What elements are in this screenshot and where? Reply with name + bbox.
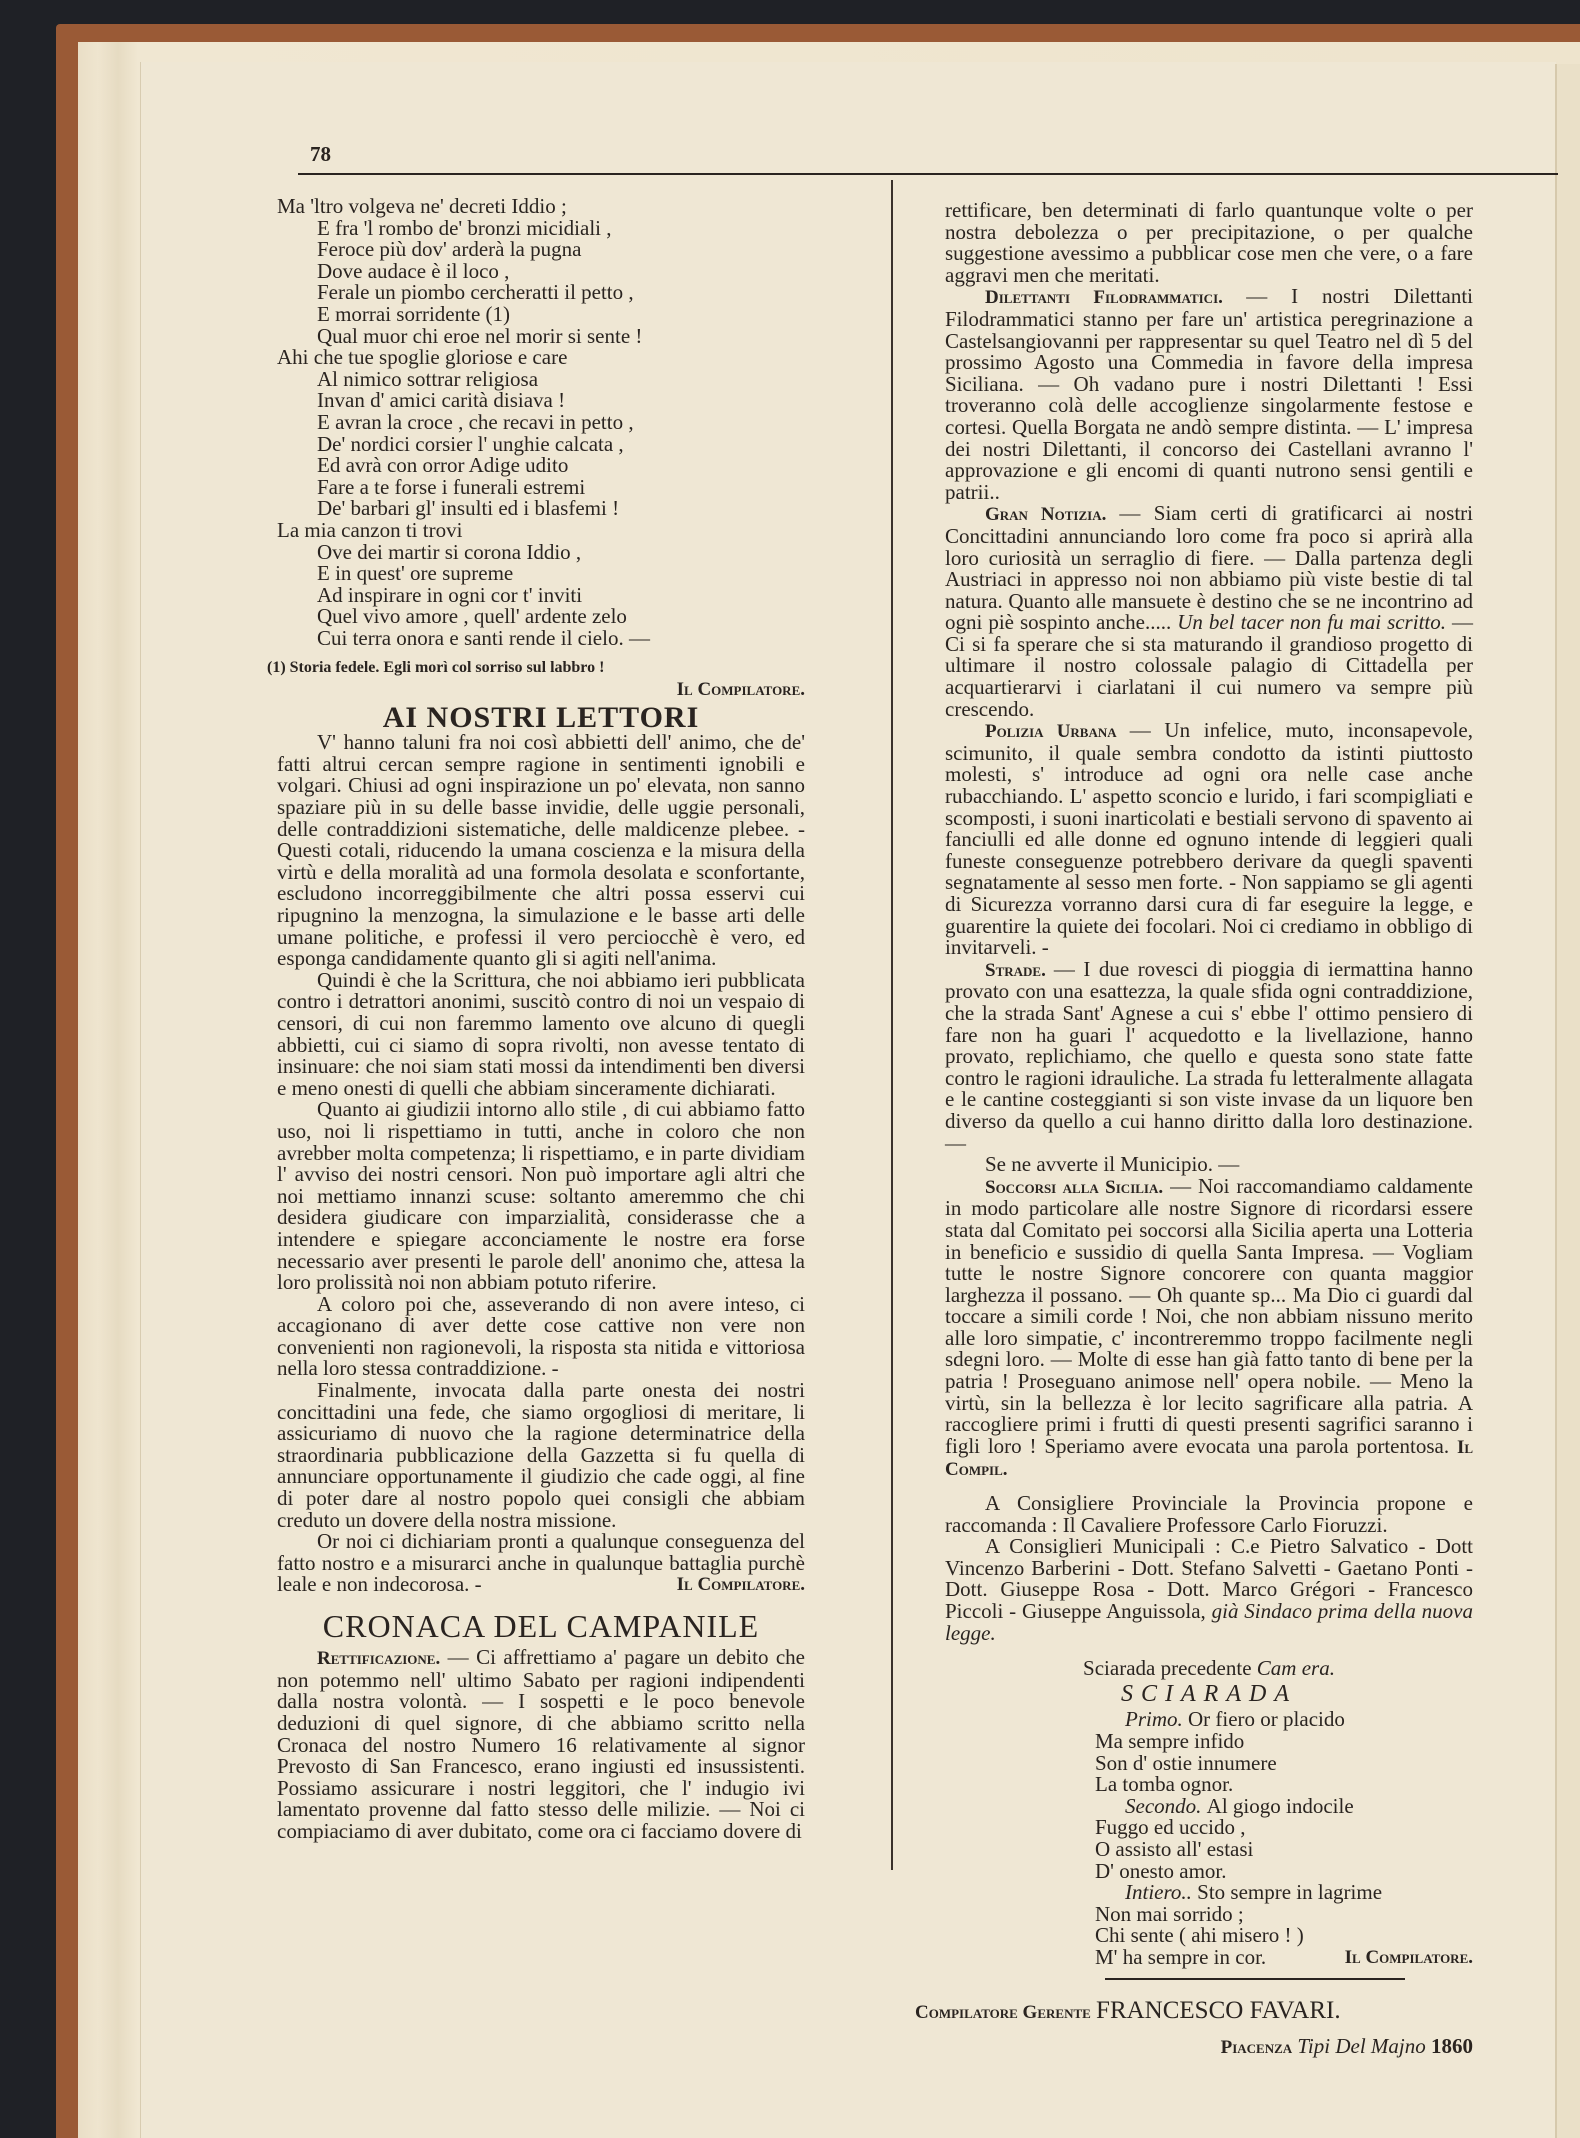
sciarada-text: M' ha sempre in cor. (1095, 1945, 1266, 1969)
rettificazione-paragraph: Rettificazione. — Ci affrettiamo a' paga… (277, 1647, 805, 1842)
sciarada-previous: Sciarada precedente Cam era. (945, 1658, 1473, 1680)
sciarada-text: Or fiero or placido (1188, 1707, 1345, 1731)
poem-line: Qual muor chi eroe nel morir si sente ! (277, 326, 805, 348)
poem-line: E avran la croce , che recavi in petto , (277, 412, 805, 434)
sciarada-text: La tomba ognor. (1095, 1772, 1233, 1796)
poem-line: Feroce più dov' arderà la pugna (277, 239, 805, 261)
poem-line: De' nordici corsier l' unghie calcata , (277, 434, 805, 456)
consiglieri-municipali: A Consiglieri Municipali : C.e Pietro Sa… (945, 1536, 1473, 1644)
sciarada-label: Primo. (1125, 1707, 1188, 1731)
column-divider (891, 180, 893, 1870)
poem-line: Dove audace è il loco , (277, 261, 805, 283)
news-item-label: Gran Notizia. (985, 504, 1119, 525)
sciarada-line: Non mai sorrido ; (1095, 1904, 1473, 1926)
sciarada-line: La tomba ognor. (1095, 1774, 1473, 1796)
left-column: Ma 'ltro volgeva ne' decreti Iddio ;E fr… (277, 196, 805, 1843)
soccorsi-paragraph: Soccorsi alla Sicilia. — Noi raccomandia… (945, 1176, 1473, 1481)
article-paragraph: Finalmente, invocata dalla parte onesta … (277, 1380, 805, 1531)
news-item: Dilettanti Filodrammatici. — I nostri Di… (945, 286, 1473, 503)
news-item-text: — I nostri Dilettanti Filodrammatici sta… (945, 284, 1473, 503)
poem-line: Fare a te forse i funerali estremi (277, 477, 805, 499)
printer-name: Tipi Del Majno (1297, 2034, 1425, 2058)
soccorsi-label: Soccorsi alla Sicilia. (985, 1177, 1163, 1198)
article-paragraph: V' hanno taluni fra noi così abbietti de… (277, 732, 805, 970)
news-item-italic: Un bel tacer non fu mai scritto. (1177, 610, 1452, 634)
imprint: Compilatore Gerente FRANCESCO FAVARI. (915, 2000, 1473, 2024)
sciarada-line: D' onesto amor. (1095, 1861, 1473, 1883)
news-item-text: — I due rovesci di pioggia di iermattina… (945, 957, 1473, 1155)
poem-line: De' barbari gl' insulti ed i blasfemi ! (277, 498, 805, 520)
header-rule (298, 173, 1558, 175)
printer-year: 1860 (1431, 2034, 1473, 2058)
sciarada-text: Fuggo ed uccido , (1095, 1815, 1245, 1839)
poem-signature: Il Compilatore. (277, 679, 805, 701)
news-item-text: — Un infelice, muto, inconsapevole, scim… (945, 718, 1473, 959)
poem-line: Ove dei martir si corona Iddio , (277, 542, 805, 564)
poem-line: Ferale un piombo cercheratti il petto , (277, 282, 805, 304)
sciarada-text: O assisto all' estasi (1095, 1837, 1253, 1861)
rettificazione-label: Rettificazione. (317, 1648, 440, 1669)
poem-line: Cui terra onora e santi rende il cielo. … (277, 628, 805, 650)
sciarada-text: Sto sempre in lagrime (1197, 1880, 1382, 1904)
next-page-edge (1555, 64, 1580, 2138)
section-title-lettori: AI NOSTRI LETTORI (277, 707, 805, 729)
sciarada-text: Chi sente ( ahi misero ! ) (1095, 1923, 1304, 1947)
poem-line: E fra 'l rombo de' bronzi micidiali , (277, 218, 805, 240)
sciarada-previous-label: Sciarada precedente (1083, 1656, 1251, 1680)
printer-line: Piacenza Tipi Del Majno 1860 (945, 2036, 1473, 2059)
news-item: Strade. — I due rovesci di pioggia di ie… (945, 959, 1473, 1154)
sciarada-line: Intiero.. Sto sempre in lagrime (1095, 1882, 1473, 1904)
soccorsi-text: — Noi raccomandiamo caldamente in modo p… (945, 1174, 1473, 1458)
page-number: 78 (310, 142, 331, 167)
sciarada-line: Ma sempre infido (1095, 1731, 1473, 1753)
lettori-article: V' hanno taluni fra noi così abbietti de… (277, 732, 805, 1596)
footnote: (1) Storia fedele. Egli morì col sorriso… (267, 657, 805, 679)
news-item-label: Dilettanti Filodrammatici. (985, 287, 1246, 308)
sciarada-text: Son d' ostie innumere (1095, 1751, 1277, 1775)
poem: Ma 'ltro volgeva ne' decreti Iddio ;E fr… (277, 196, 805, 649)
sciarada-line: Primo. Or fiero or placido (1095, 1709, 1473, 1731)
poem-line: E morrai sorridente (1) (277, 304, 805, 326)
printer-city: Piacenza (1221, 2037, 1293, 2058)
rettificazione-text: — Ci affrettiamo a' pagare un debito che… (277, 1645, 805, 1843)
imprint-name: FRANCESCO FAVARI. (1096, 1997, 1341, 2024)
poem-line: Ma 'ltro volgeva ne' decreti Iddio ; (277, 196, 805, 218)
municipio-line: Se ne avverte il Municipio. — (945, 1154, 1473, 1176)
closing-rule (1105, 1978, 1405, 1980)
article-paragraph: Quanto ai giudizii intorno allo stile , … (277, 1099, 805, 1293)
imprint-label: Compilatore Gerente (915, 2002, 1091, 2023)
sciarada-verse: Primo. Or fiero or placidoMa sempre infi… (1095, 1709, 1473, 1968)
news-item: Gran Notizia. — Siam certi di gratificar… (945, 503, 1473, 720)
section-title-cronaca: CRONACA DEL CAMPANILE (277, 1616, 805, 1638)
news-item-label: Strade. (985, 960, 1054, 981)
consigliere-provinciale: A Consigliere Provinciale la Provincia p… (945, 1493, 1473, 1536)
right-column: rettificare, ben determinati di farlo qu… (945, 200, 1473, 2058)
poem-line: Quel vivo amore , quell' ardente zelo (277, 606, 805, 628)
poem-line: Ahi che tue spoglie gloriose e care (277, 347, 805, 369)
sciarada-previous-answer: Cam era. (1257, 1656, 1335, 1680)
sciarada-title: SCIARADA (945, 1684, 1473, 1706)
sciarada-text: Ma sempre infido (1095, 1729, 1244, 1753)
sciarada-line: Chi sente ( ahi misero ! ) (1095, 1925, 1473, 1947)
news-item-label: Polizia Urbana (985, 721, 1130, 742)
sciarada-line: Son d' ostie innumere (1095, 1753, 1473, 1775)
poem-line: Ad inspirare in ogni cor t' inviti (277, 585, 805, 607)
article-paragraph: A coloro poi che, asseverando di non ave… (277, 1294, 805, 1380)
sciarada-label: Secondo. (1125, 1794, 1207, 1818)
sciarada-text: Non mai sorrido ; (1095, 1902, 1244, 1926)
sciarada-line: Secondo. Al giogo indocile (1095, 1796, 1473, 1818)
poem-line: La mia canzon ti trovi (277, 520, 805, 542)
continuation-paragraph: rettificare, ben determinati di farlo qu… (945, 200, 1473, 286)
poem-line: Invan d' amici carità disiava ! (277, 390, 805, 412)
sciarada-text: Al giogo indocile (1207, 1794, 1354, 1818)
sciarada-line: O assisto all' estasi (1095, 1839, 1473, 1861)
poem-line: Ed avrà con orror Adige udito (277, 455, 805, 477)
news-items: Dilettanti Filodrammatici. — I nostri Di… (945, 286, 1473, 1154)
article-paragraph: Quindi è che la Scrittura, che noi abbia… (277, 970, 805, 1100)
poem-line: E in quest' ore supreme (277, 563, 805, 585)
sciarada-text: D' onesto amor. (1095, 1859, 1227, 1883)
sciarada-line: Fuggo ed uccido , (1095, 1817, 1473, 1839)
news-item: Polizia Urbana — Un infelice, muto, inco… (945, 720, 1473, 959)
sciarada-label: Intiero.. (1125, 1880, 1197, 1904)
poem-line: Al nimico sottrar religiosa (277, 369, 805, 391)
